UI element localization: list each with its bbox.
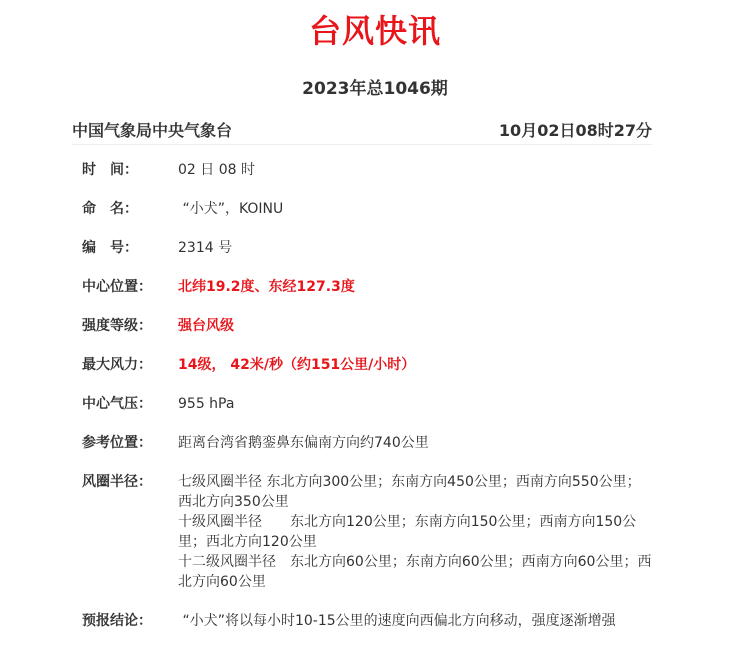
value-forecast: “小犬”将以每小时10-15公里的速度向西偏北方向移动，强度逐渐增强 xyxy=(178,611,652,631)
row-forecast: 预报结论： “小犬”将以每小时10-15公里的速度向西偏北方向移动，强度逐渐增强 xyxy=(82,611,652,631)
row-intensity: 强度等级： 强台风级 xyxy=(82,316,652,336)
label-forecast: 预报结论： xyxy=(82,611,178,631)
value-number: 2314 号 xyxy=(178,238,652,258)
label-number: 编 号： xyxy=(82,238,178,258)
page-title: 台风快讯 xyxy=(0,6,750,52)
row-time: 时 间： 02 日 08 时 xyxy=(82,160,652,180)
row-wind-radius: 风圈半径： 七级风圈半径 东北方向300公里；东南方向450公里；西南方向550… xyxy=(82,472,652,592)
value-reference-position: 距离台湾省鹅銮鼻东偏南方向约740公里 xyxy=(178,433,652,453)
value-wind-radius: 七级风圈半径 东北方向300公里；东南方向450公里；西南方向550公里；西北方… xyxy=(178,472,652,592)
row-pressure: 中心气压： 955 hPa xyxy=(82,394,652,414)
label-reference-position: 参考位置： xyxy=(82,433,178,453)
value-intensity: 强台风级 xyxy=(178,316,652,336)
row-max-wind: 最大风力： 14级， 42米/秒（约151公里/小时） xyxy=(82,355,652,375)
wind-radius-level7: 七级风圈半径 东北方向300公里；东南方向450公里；西南方向550公里；西北方… xyxy=(178,472,652,512)
value-name: “小犬”，KOINU xyxy=(178,199,652,219)
wind-radius-level10: 十级风圈半径 东北方向120公里；东南方向150公里；西南方向150公里；西北方… xyxy=(178,512,652,552)
value-center-position: 北纬19.2度、东经127.3度 xyxy=(178,277,652,297)
row-center-position: 中心位置： 北纬19.2度、东经127.3度 xyxy=(82,277,652,297)
row-reference-position: 参考位置： 距离台湾省鹅銮鼻东偏南方向约740公里 xyxy=(82,433,652,453)
bulletin-header: 中国气象局中央气象台 10月02日08时27分 xyxy=(72,118,652,145)
label-max-wind: 最大风力： xyxy=(82,355,178,375)
row-name: 命 名： “小犬”，KOINU xyxy=(82,199,652,219)
label-time: 时 间： xyxy=(82,160,178,180)
value-max-wind: 14级， 42米/秒（约151公里/小时） xyxy=(178,355,652,375)
label-wind-radius: 风圈半径： xyxy=(82,472,178,592)
label-intensity: 强度等级： xyxy=(82,316,178,336)
value-time: 02 日 08 时 xyxy=(178,160,652,180)
label-center-position: 中心位置： xyxy=(82,277,178,297)
value-pressure: 955 hPa xyxy=(178,394,652,414)
row-number: 编 号： 2314 号 xyxy=(82,238,652,258)
label-name: 命 名： xyxy=(82,199,178,219)
wind-radius-level12: 十二级风圈半径 东北方向60公里；东南方向60公里；西南方向60公里；西北方向6… xyxy=(178,552,652,592)
label-pressure: 中心气压： xyxy=(82,394,178,414)
typhoon-info-table: 时 间： 02 日 08 时 命 名： “小犬”，KOINU 编 号： 2314… xyxy=(82,160,652,650)
issuing-organization: 中国气象局中央气象台 xyxy=(72,118,232,141)
issue-number: 2023年总1046期 xyxy=(0,74,750,99)
issue-datetime: 10月02日08时27分 xyxy=(499,118,652,141)
